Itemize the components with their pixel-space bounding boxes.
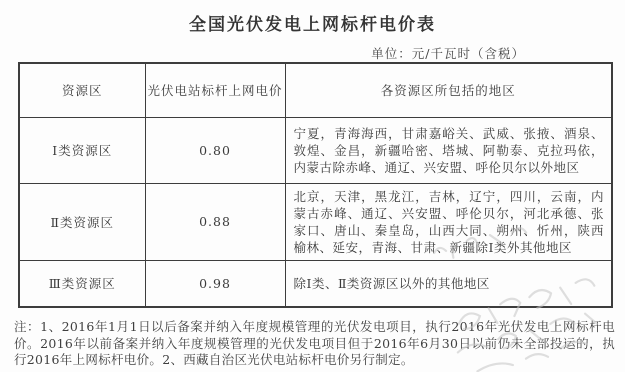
regions-cell: 宁夏，青海海西，甘肃嘉峪关、武威、张掖、酒泉、敦煌、金昌，新疆哈密、塔城、阿勒泰… (285, 117, 612, 183)
page-title: 全国光伏发电上网标杆电价表 (0, 10, 625, 35)
zone-cell: Ⅱ类资源区 (19, 183, 145, 260)
zone-cell: Ⅲ类资源区 (19, 260, 145, 307)
regions-cell: 除Ⅰ类、Ⅱ类资源区以外的其他地区 (285, 260, 612, 307)
regions-cell: 北京，天津，黑龙江，吉林，辽宁，四川，云南，内蒙古赤峰、通辽、兴安盟、呼伦贝尔，… (285, 183, 612, 260)
price-cell: 0.88 (145, 183, 285, 260)
table-row: Ⅰ类资源区 0.80 宁夏，青海海西，甘肃嘉峪关、武威、张掖、酒泉、敦煌、金昌，… (19, 117, 612, 183)
price-cell: 0.80 (145, 117, 285, 183)
zone-cell: Ⅰ类资源区 (19, 117, 145, 183)
column-header-zone: 资源区 (19, 63, 145, 117)
table-header-row: 资源区 光伏电站标杆上网电价 各资源区所包括的地区 (19, 63, 612, 117)
price-cell: 0.98 (145, 260, 285, 307)
document-page: 全国光伏发电上网标杆电价表 单位：元/千瓦时（含税） 资源区 光伏电站标杆上网电… (0, 0, 625, 372)
column-header-price: 光伏电站标杆上网电价 (145, 63, 285, 117)
price-table: 资源区 光伏电站标杆上网电价 各资源区所包括的地区 Ⅰ类资源区 0.80 宁夏，… (18, 62, 613, 308)
unit-note: 单位：元/千瓦时（含税） (0, 44, 525, 62)
table-row: Ⅱ类资源区 0.88 北京，天津，黑龙江，吉林，辽宁，四川，云南，内蒙古赤峰、通… (19, 183, 612, 260)
footnotes: 注：1、2016年1月1日以后备案并纳入年度规模管理的光伏发电项目，执行2016… (14, 319, 615, 369)
table-row: Ⅲ类资源区 0.98 除Ⅰ类、Ⅱ类资源区以外的其他地区 (19, 260, 612, 307)
column-header-regions: 各资源区所包括的地区 (285, 63, 612, 117)
